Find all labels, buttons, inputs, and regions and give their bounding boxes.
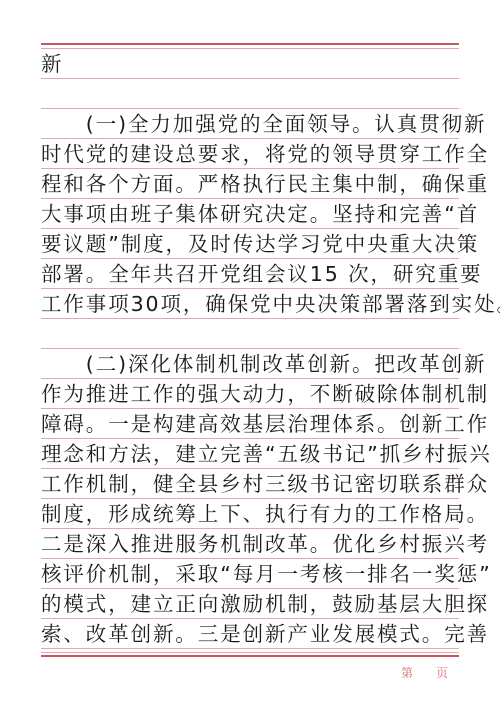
text-line: 的模式，建立正向激励机制，鼓励基层大胆探 [41, 589, 471, 619]
paragraph-2-heading-line: (二)深化体制机制改革创新。把改革创新 [41, 349, 471, 379]
text-line: 新 [41, 49, 471, 79]
text-line: 大事项由班子集体研究决定。坚持和完善“首 [41, 199, 471, 229]
text-line: 程和各个方面。严格执行民主集中制，确保重 [41, 169, 471, 199]
text-line: 工作机制，健全县乡村三级书记密切联系群众 [41, 469, 471, 499]
text-line: 障碍。一是构建高效基层治理体系。创新工作 [41, 409, 471, 439]
paragraph-1-heading-line: (一)全力加强党的全面领导。认真贯彻新 [41, 109, 471, 139]
text-line: 作为推进工作的强大动力，不断破除体制机制 [41, 379, 471, 409]
text-line: 核评价机制，采取“每月一考核一排名一奖惩” [41, 559, 471, 589]
bottom-rule-thin [41, 652, 459, 653]
text-line: 时代党的建设总要求，将党的领导贯穿工作全 [41, 139, 471, 169]
text-line: 制度，形成统筹上下、执行有力的工作格局。 [41, 499, 471, 529]
top-rule-thick [41, 43, 459, 45]
text-line: 索、改革创新。三是创新产业发展模式。完善 [41, 619, 471, 649]
page-number-suffix: 页 [436, 664, 448, 682]
text-line: 工作事项30项，确保党中央决策部署落到实处。 [41, 289, 471, 319]
text-line: 要议题”制度，及时传达学习党中央重大决策 [41, 229, 471, 259]
text-line [41, 79, 471, 109]
bottom-rule-thick [41, 655, 459, 657]
line-rule [41, 648, 459, 649]
text-line: 理念和方法，建立完善“五级书记”抓乡村振兴 [41, 439, 471, 469]
page-number-prefix: 第 [401, 664, 413, 682]
text-line: 二是深入推进服务机制改革。优化乡村振兴考 [41, 529, 471, 559]
text-line: 部署。全年共召开党组会议15 次，研究重要 [41, 259, 471, 289]
text-line [41, 319, 471, 349]
document-page: 新 (一)全力加强党的全面领导。认真贯彻新 时代党的建设总要求，将党的领导贯穿工… [41, 0, 459, 707]
